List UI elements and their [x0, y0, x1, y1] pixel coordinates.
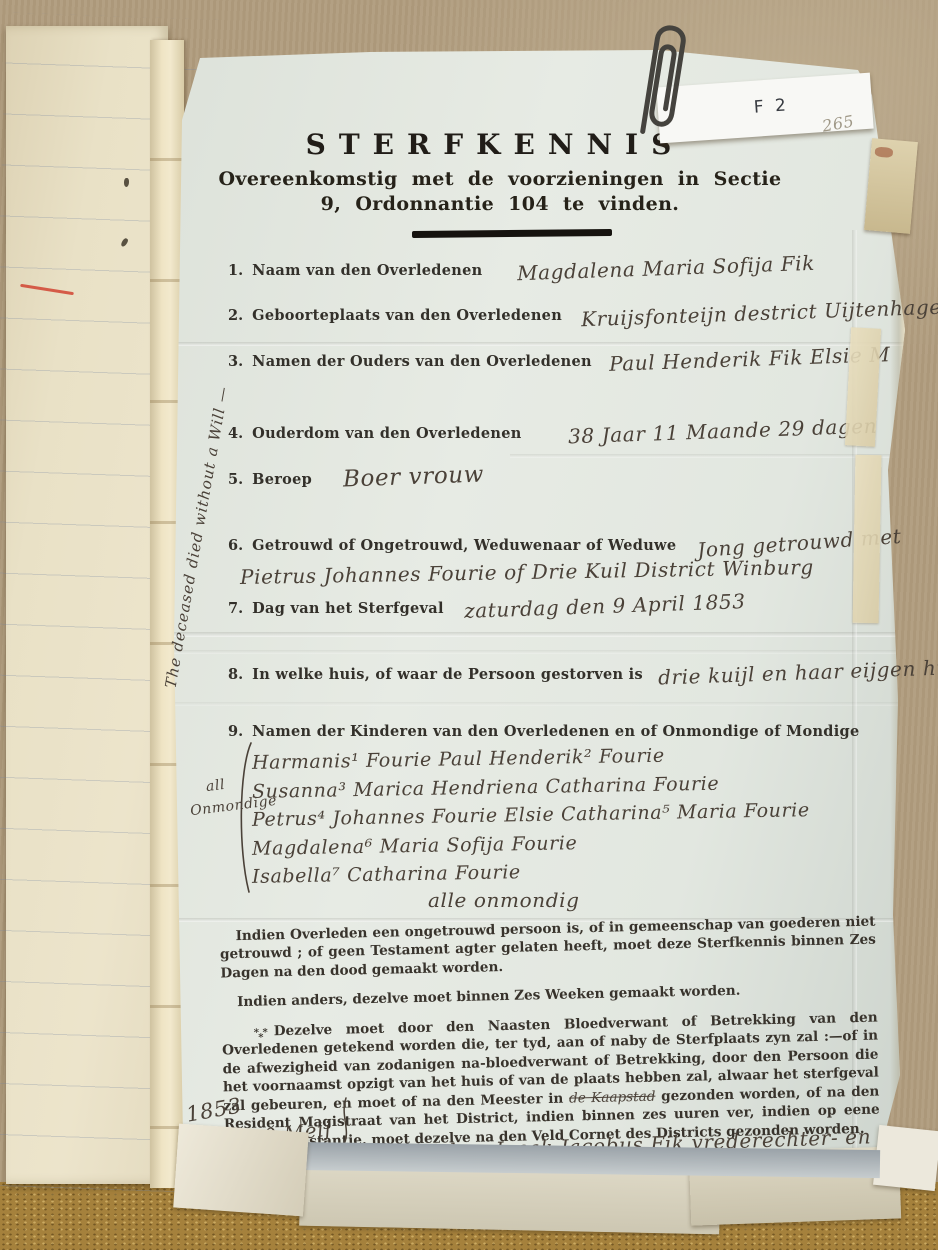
field-label: Beroep — [252, 471, 312, 488]
field-number: 6. — [228, 537, 243, 554]
field-label: Dag van het Sterfgeval — [252, 600, 444, 617]
torn-paper-fragment — [864, 138, 918, 234]
field-label: Getrouwd of Ongetrouwd, Weduwenaar of We… — [252, 537, 676, 554]
field-value-handwriting: zaturdag den 9 April 1853 — [464, 589, 746, 623]
field-row-naam: 1.Naam van den Overledenen Magdalena Mar… — [228, 256, 918, 280]
f2-label-text: F 2 — [753, 95, 789, 117]
struck-out-text: de Kaapstad — [569, 1089, 656, 1107]
field-row-geboorteplaats: 2.Geboorteplaats van den Overledenen Kru… — [228, 301, 918, 325]
field-label: Ouderdom van den Overledenen — [252, 425, 521, 442]
field-row-sterfgeval: 7.Dag van het Sterfgeval zaturdag den 9 … — [228, 594, 918, 618]
legal-paragraph-2: Indien anders, dezelve moet binnen Zes W… — [221, 979, 877, 1012]
crease-line — [170, 650, 912, 654]
lined-book-page — [6, 26, 168, 1184]
field-row-ouders: 3.Namen der Ouders van den Overledenen P… — [228, 347, 918, 371]
field-number: 9. — [228, 723, 243, 740]
field-value-handwriting: Boer vrouw — [342, 462, 484, 493]
field-number: 5. — [228, 471, 243, 488]
crease-line — [170, 632, 912, 637]
children-footer: alle onmondig — [428, 888, 580, 912]
field-label: Naam van den Overledenen — [252, 262, 482, 279]
field-row-kinderen: 9.Namen der Kinderen van den Overledenen… — [228, 723, 918, 740]
field-number: 4. — [228, 425, 243, 442]
archival-photo-scene: STERFKENNIS Overeenkomstig met de voorzi… — [0, 0, 938, 1250]
field-number: 1. — [228, 262, 243, 279]
children-list: Harmanis¹ Fourie Paul Henderik² Fourie S… — [252, 744, 810, 887]
children-margin-note: all — [205, 777, 226, 795]
form-subtitle-line2: 9, Ordonnantie 104 te vinden. — [180, 193, 820, 215]
field-number: 7. — [228, 600, 243, 617]
field-label: In welke huis, of waar de Persoon gestor… — [252, 666, 643, 683]
tape-patch — [845, 327, 881, 446]
asterism-icon: * ** — [238, 1030, 268, 1041]
tape-patch — [853, 455, 882, 623]
torn-paper-flap — [173, 1124, 309, 1217]
field-label: Namen der Kinderen van den Overledenen e… — [252, 723, 859, 740]
field-row-beroep: 5.Beroep Boer vrouw — [228, 464, 918, 490]
field-row-ouderdom: 4.Ouderdom van den Overledenen 38 Jaar 1… — [228, 419, 918, 443]
field-row-huis: 8.In welke huis, of waar de Persoon gest… — [228, 660, 918, 684]
torn-paper — [873, 1125, 938, 1191]
form-subtitle-line1: Overeenkomstig met de voorzieningen in S… — [180, 168, 820, 190]
field-label: Geboorteplaats van den Overledenen — [252, 307, 562, 324]
crease-line — [170, 702, 912, 706]
field-label: Namen der Ouders van den Overledenen — [252, 353, 592, 370]
field-row-getrouwd: 6.Getrouwd of Ongetrouwd, Weduwenaar of … — [228, 531, 918, 555]
field-number: 8. — [228, 666, 243, 683]
